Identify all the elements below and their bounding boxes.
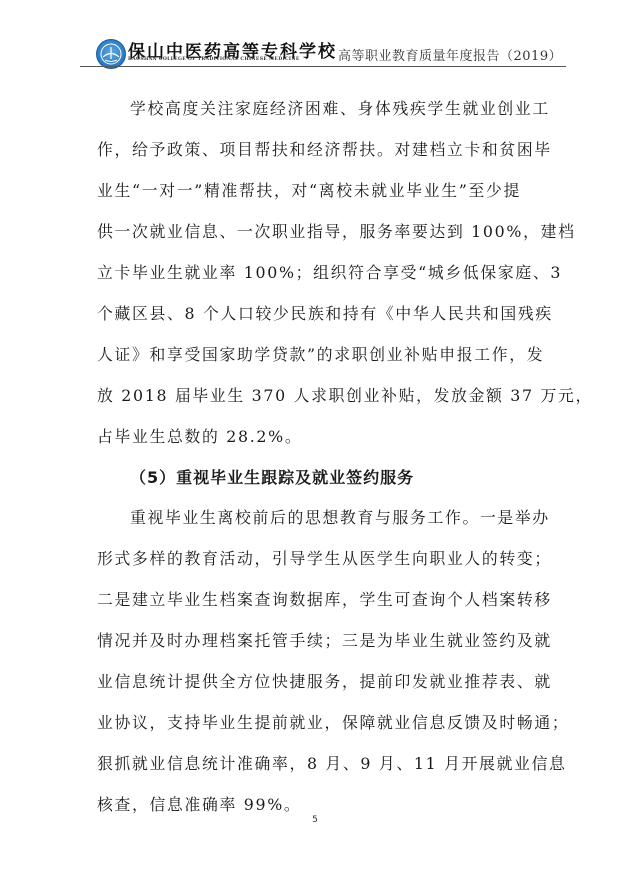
paragraph-line: 二是建立毕业生档案查询数据库，学生可查询个人档案转移 xyxy=(97,587,552,610)
paragraph-line: 立卡毕业生就业率 100%；组织符合享受“城乡低保家庭、3 xyxy=(97,260,562,283)
paragraph-line: 供一次就业信息、一次职业指导，服务率要达到 100%，建档 xyxy=(97,219,576,242)
paragraph-line: 重视毕业生离校前后的思想教育与服务工作。一是举办 xyxy=(130,505,550,528)
paragraph-line: 学校高度关注家庭经济困难、身体残疾学生就业创业工 xyxy=(130,96,550,119)
report-title: 高等职业教育质量年度报告（2019） xyxy=(338,45,562,64)
paragraph-line: 狠抓就业信息统计准确率，8 月、9 月、11 月开展就业信息 xyxy=(97,751,567,774)
paragraph-line: 个藏区县、8 个人口较少民族和持有《中华人民共和国残疾 xyxy=(97,301,553,324)
paragraph-line: 情况并及时办理档案托管手续；三是为毕业生就业签约及就 xyxy=(97,628,552,651)
paragraph-line: 业信息统计提供全方位快捷服务，提前印发就业推荐表、就 xyxy=(97,669,552,692)
school-name-en: BAOSHAN COLLEGE OF TRADITIONAL CHINESE M… xyxy=(128,57,300,62)
subheading-5: （5）重视毕业生跟踪及就业签约服务 xyxy=(130,465,414,488)
paragraph-line: 核查，信息准确率 99%。 xyxy=(97,792,301,815)
paragraph-line: 业生“一对一”精准帮扶，对“离校未就业毕业生”至少提 xyxy=(97,178,521,201)
paragraph-line: 作，给予政策、项目帮扶和经济帮扶。对建档立卡和贫困毕 xyxy=(97,137,552,160)
header-divider xyxy=(80,66,566,67)
paragraph-line: 业协议，支持毕业生提前就业，保障就业信息反馈及时畅通； xyxy=(97,710,569,733)
page-number: 5 xyxy=(0,815,630,825)
school-emblem-icon xyxy=(96,39,126,69)
paragraph-line: 形式多样的教育活动，引导学生从医学生向职业人的转变； xyxy=(97,546,552,569)
paragraph-line: 占毕业生总数的 28.2%。 xyxy=(97,424,302,447)
paragraph-line: 放 2018 届毕业生 370 人求职创业补贴，发放金额 37 万元， xyxy=(97,383,593,406)
paragraph-line: 人证》和享受国家助学贷款”的求职创业补贴申报工作，发 xyxy=(97,342,544,365)
